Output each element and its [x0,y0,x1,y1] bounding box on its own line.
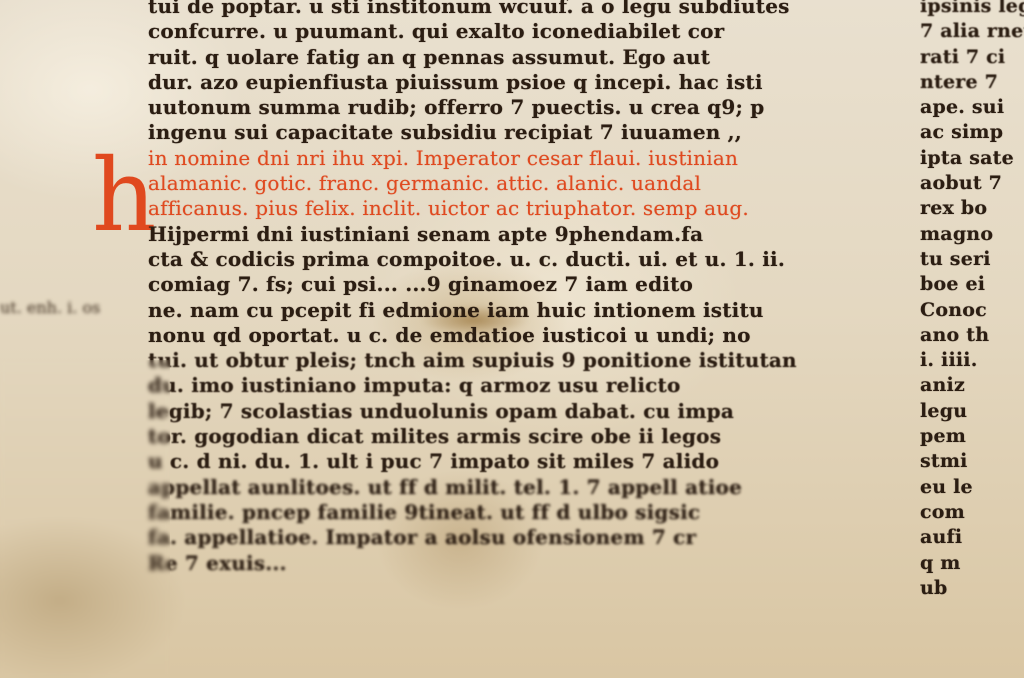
decorated-initial: h [92,146,156,246]
text-line: ub [920,576,1024,601]
rubric-line: alamanic. gotic. franc. germanic. attic.… [148,171,868,196]
text-line: tu seri [920,247,1024,272]
text-line: u c. d ni. du. 1. ult i puc 7 impato sit… [148,449,868,474]
text-line: confcurre. u puumant. qui exalto iconedi… [148,19,868,44]
text-line: boe ei [920,272,1024,297]
text-line: magno [920,222,1024,247]
margin-note: ut. enh. i. os [0,298,100,317]
text-line: aufi [920,525,1024,550]
text-line: dur. azo eupienfiusta piuissum psioe q i… [148,70,868,95]
text-line: ipsinis legu [920,0,1024,19]
text-line: appellat aunlitoes. ut ff d milit. tel. … [148,475,868,500]
text-line: i. iiii. [920,348,1024,373]
text-line: Conoc [920,298,1024,323]
right-text-column: ipsinis legu 7 alia rnet rati 7 ci ntere… [920,0,1024,601]
text-line: nonu qd oportat. u c. de emdatioe iustic… [148,323,868,348]
text-line: fa. appellatioe. Impator a aolsu ofensio… [148,525,868,550]
text-line: ruit. q uolare fatig an q pennas assumut… [148,45,868,70]
text-line: ipta sate [920,146,1024,171]
text-line: uutonum summa rudib; offerro 7 puectis. … [148,95,868,120]
text-line: ingenu sui capacitate subsidiu recipiat … [148,120,868,145]
text-line: q m [920,551,1024,576]
text-line: eu le [920,475,1024,500]
text-line: cta & codicis prima compoitoe. u. c. duc… [148,247,868,272]
depth-of-field-blur [0,360,170,678]
text-line: tor. gogodian dicat milites armis scire … [148,424,868,449]
text-line: ape. sui [920,95,1024,120]
text-line: Hijpermi dni iustiniani senam apte 9phen… [148,222,868,247]
text-line: tui. ut obtur pleis; tnch aim supiuis 9 … [148,348,868,373]
text-line: comiag 7. fs; cui psi... ...9 ginamoez 7… [148,272,868,297]
text-line: aniz [920,373,1024,398]
text-line: ac simp [920,120,1024,145]
text-line: aobut 7 [920,171,1024,196]
rubric-line: afficanus. pius felix. inclit. uictor ac… [148,196,868,221]
text-line: pem [920,424,1024,449]
rubric-line: in nomine dni nri ihu xpi. Imperator ces… [148,146,868,171]
text-line: stmi [920,449,1024,474]
text-line: rati 7 ci [920,45,1024,70]
text-line: legu [920,399,1024,424]
text-line: ntere 7 [920,70,1024,95]
text-line: Re 7 exuis... [148,551,868,576]
text-line: tui de poptar. u sti institonum wcuuf. a… [148,0,868,19]
text-line: familie. pncep familie 9tineat. ut ff d … [148,500,868,525]
text-line: du. imo iustiniano imputa: q armoz usu r… [148,373,868,398]
text-line: ano th [920,323,1024,348]
main-text-column: tui de poptar. u sti institonum wcuuf. a… [148,0,868,576]
text-line: com [920,500,1024,525]
text-line: ne. nam cu pcepit fi edmione iam huic in… [148,298,868,323]
text-line: rex bo [920,196,1024,221]
text-line: legib; 7 scolastias unduolunis opam daba… [148,399,868,424]
text-line: 7 alia rnet [920,19,1024,44]
